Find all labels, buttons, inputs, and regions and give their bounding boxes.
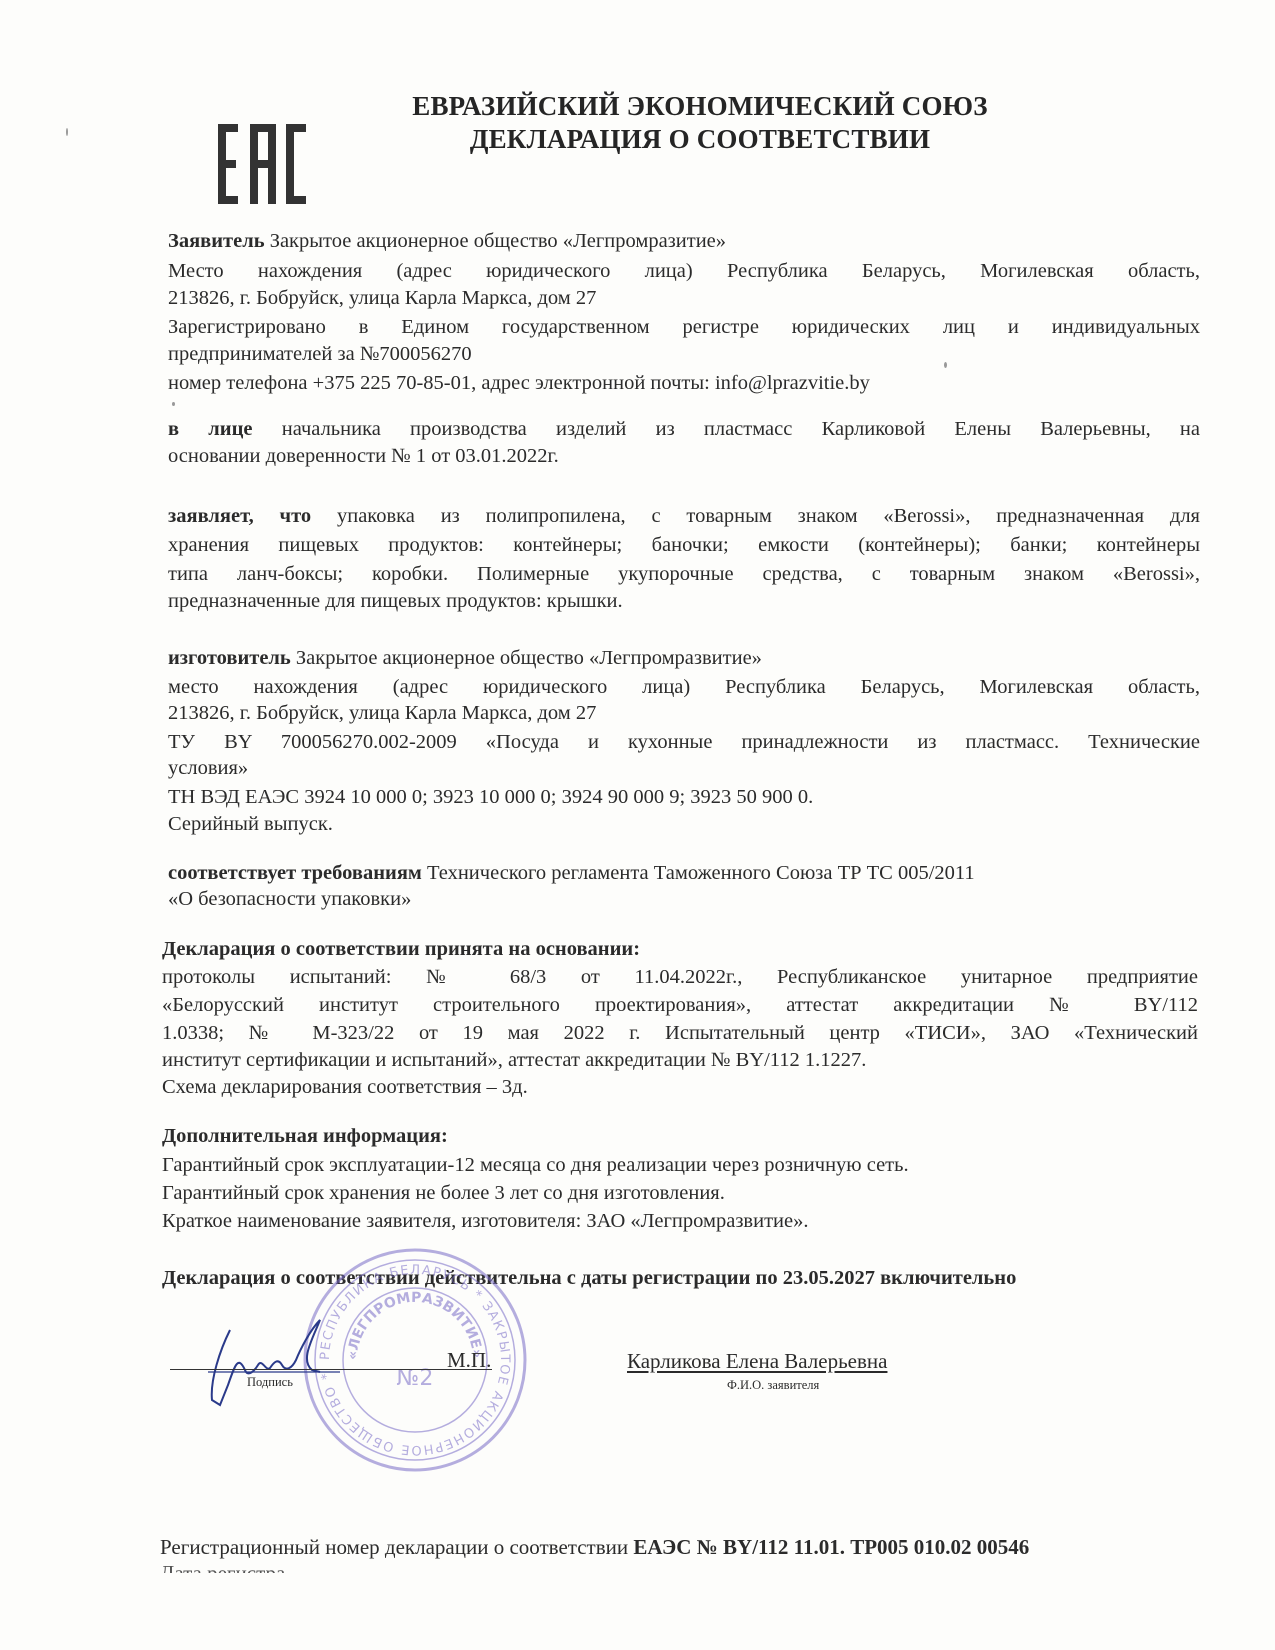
- representative-line-1: в лице начальника производства изделий и…: [168, 416, 1200, 442]
- applicant-signatory-name: Карликова Елена Валерьевна: [627, 1349, 887, 1374]
- conformity-line-2: «О безопасности упаковки»: [168, 886, 1200, 912]
- manufacturer-release: Серийный выпуск.: [168, 811, 1200, 837]
- declares-line-1: заявляет, что упаковка из полипропилена,…: [168, 503, 1200, 529]
- manufacturer-name: Закрытое акционерное общество «Легпромра…: [291, 647, 762, 669]
- declares-label: заявляет, что: [168, 505, 311, 527]
- conformity-text: Технического регламента Таможенного Союз…: [422, 862, 975, 884]
- manufacturer-label: изготовитель: [168, 647, 291, 669]
- conformity-line-1: соответствует требованиям Технического р…: [168, 860, 1200, 886]
- signatory-name-label: Ф.И.О. заявителя: [727, 1378, 819, 1393]
- additional-line-1: Гарантийный срок эксплуатации-12 месяца …: [162, 1152, 1194, 1178]
- signature-line: [170, 1369, 492, 1370]
- signature-label: Подпись: [247, 1375, 293, 1390]
- applicant-line: Заявитель Закрытое акционерное общество …: [168, 228, 1200, 254]
- scan-speck: [172, 402, 175, 406]
- additional-line-3: Краткое наименование заявителя, изготови…: [162, 1208, 1194, 1234]
- scan-speck: [66, 128, 68, 136]
- basis-line-3: 1.0338; № М-323/22 от 19 мая 2022 г. Исп…: [162, 1020, 1198, 1046]
- basis-scheme: Схема декларирования соответствия – 3д.: [162, 1074, 1194, 1100]
- applicant-address-2: 213826, г. Бобруйск, улица Карла Маркса,…: [168, 285, 1200, 311]
- scan-speck: [944, 362, 947, 368]
- declares-line-2: хранения пищевых продуктов: контейнеры; …: [168, 532, 1200, 558]
- manufacturer-address-1: место нахождения (адрес юридического лиц…: [168, 674, 1200, 700]
- declares-line-4: предназначенные для пищевых продуктов: к…: [168, 588, 1200, 614]
- registration-label: Регистрационный номер декларации о соотв…: [160, 1535, 633, 1559]
- basis-heading: Декларация о соответствии принята на осн…: [162, 936, 1194, 962]
- eac-logo: [218, 124, 308, 204]
- declares-text: упаковка из полипропилена, с товарным зн…: [311, 505, 1200, 527]
- applicant-registry-1: Зарегистрировано в Едином государственно…: [168, 314, 1200, 340]
- signature-icon: [200, 1310, 350, 1420]
- applicant-registry-2: предпринимателей за №700056270: [168, 341, 1200, 367]
- manufacturer-tu-2: условия»: [168, 755, 1200, 781]
- applicant-name: Закрытое акционерное общество «Легпромра…: [265, 230, 726, 252]
- conformity-label: соответствует требованиям: [168, 862, 422, 884]
- applicant-address-1: Место нахождения (адрес юридического лиц…: [168, 258, 1200, 284]
- representative-label: в лице: [168, 418, 253, 440]
- basis-line-4: институт сертификации и испытаний», атте…: [162, 1047, 1194, 1073]
- manufacturer-address-2: 213826, г. Бобруйск, улица Карла Маркса,…: [168, 700, 1200, 726]
- registration-number-line: Регистрационный номер декларации о соотв…: [160, 1535, 1029, 1560]
- manufacturer-tn-ved: ТН ВЭД ЕАЭС 3924 10 000 0; 3923 10 000 0…: [168, 784, 1200, 810]
- union-title: ЕВРАЗИЙСКИЙ ЭКОНОМИЧЕСКИЙ СОЮЗ: [330, 91, 1070, 122]
- representative-line-2: основании доверенности № 1 от 03.01.2022…: [168, 443, 1200, 469]
- document-title: ДЕКЛАРАЦИЯ О СООТВЕТСТВИИ: [330, 124, 1070, 155]
- basis-line-2: «Белорусский институт строительного прое…: [162, 992, 1198, 1018]
- seal-place-label: М.П.: [447, 1348, 491, 1373]
- manufacturer-tu-1: ТУ BY 700056270.002-2009 «Посуда и кухон…: [168, 729, 1200, 755]
- basis-line-1: протоколы испытаний: № 68/3 от 11.04.202…: [162, 964, 1198, 990]
- additional-line-2: Гарантийный срок хранения не более 3 лет…: [162, 1180, 1194, 1206]
- representative-text: начальника производства изделий из пласт…: [253, 418, 1200, 440]
- declares-line-3: типа ланч-боксы; коробки. Полимерные уку…: [168, 561, 1200, 587]
- additional-heading: Дополнительная информация:: [162, 1123, 1194, 1149]
- applicant-label: Заявитель: [168, 230, 265, 252]
- registration-date-cut: Дата регистра...: [160, 1561, 301, 1573]
- registration-number: ЕАЭС № BY/112 11.01. ТР005 010.02 00546: [633, 1535, 1029, 1559]
- applicant-contacts: номер телефона +375 225 70-85-01, адрес …: [168, 370, 1200, 396]
- manufacturer-line: изготовитель Закрытое акционерное общест…: [168, 645, 1200, 671]
